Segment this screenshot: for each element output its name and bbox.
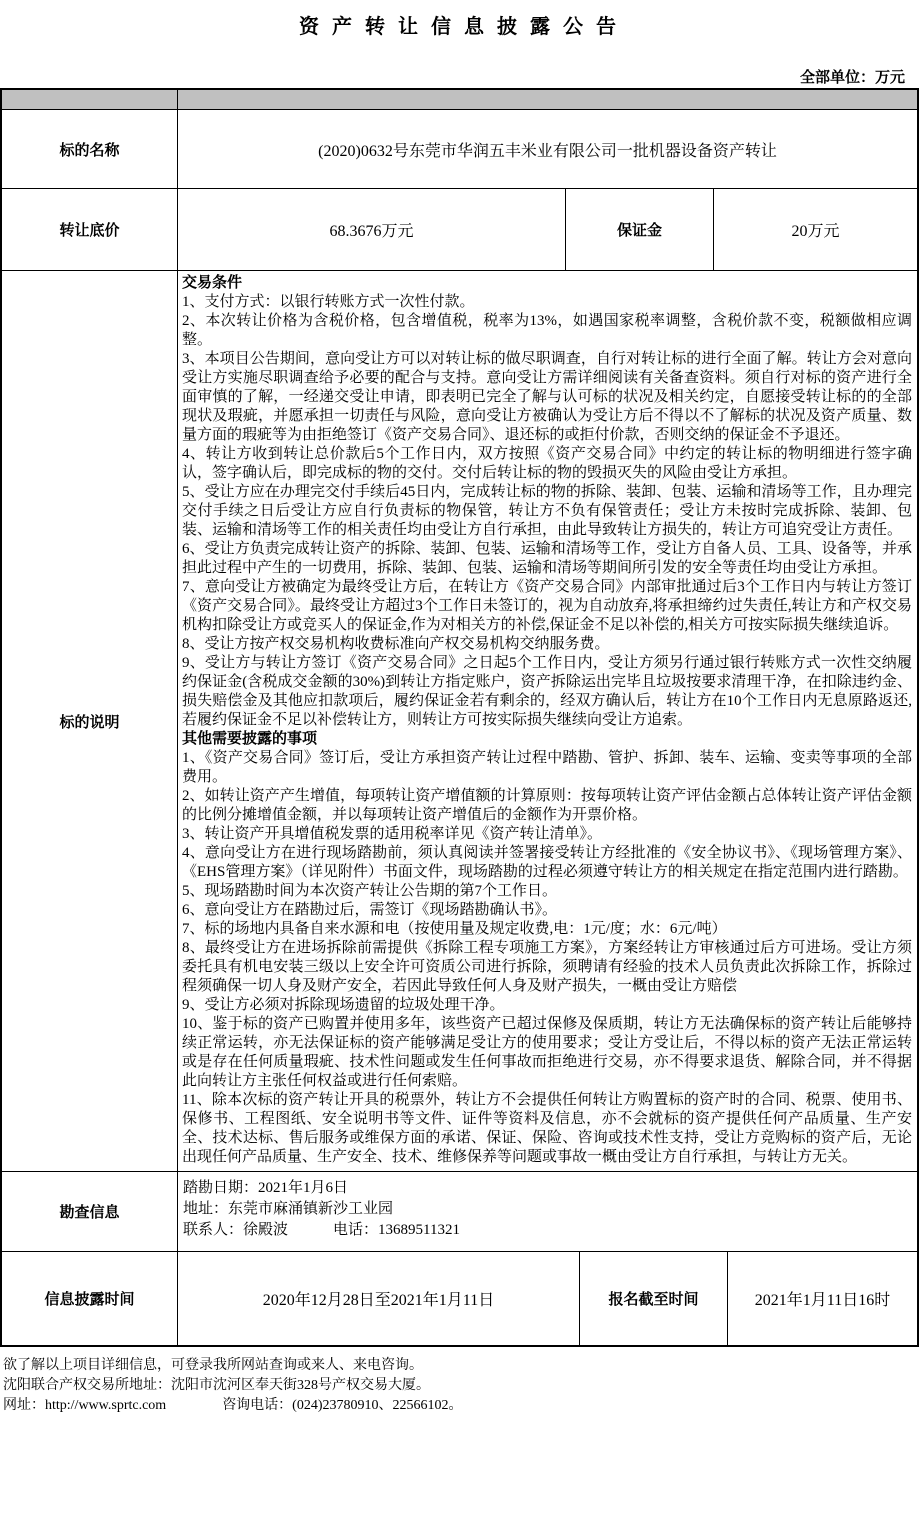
page-footer: 欲了解以上项目详细信息，可登录我所网站查询或来人、来电咨询。 沈阳联合产权交易所…: [0, 1356, 919, 1416]
header-cell-right: [177, 90, 917, 109]
other-item: 9、受让方必须对拆除现场遗留的垃圾处理干净。: [182, 996, 912, 1015]
other-item: 7、标的场地内具备自来水源和电（按使用量及规定收费,电：1元/度；水：6元/吨）: [182, 920, 912, 939]
conditions-heading: 交易条件: [182, 274, 912, 293]
other-item: 4、意向受让方在进行现场踏勘前，须认真阅读并签署接受转让方经批准的《安全协议书》…: [182, 844, 912, 882]
survey-info-label: 勘查信息: [2, 1172, 177, 1251]
disclosure-document: 资 产 转 让 信 息 披 露 公 告 全部单位：万元 标的名称 (2020)0…: [0, 0, 919, 1416]
survey-contact: 联系人：徐殿波 电话：13689511321: [183, 1220, 912, 1241]
unit-note: 全部单位：万元: [0, 66, 905, 87]
other-item: 6、意向受让方在踏勘过后，需签订《现场踏勘确认书》。: [182, 901, 912, 920]
condition-item: 4、转让方收到转让总价款后5个工作日内，双方按照《资产交易合同》中约定的转让标的…: [182, 445, 912, 483]
disclosure-table: 标的名称 (2020)0632号东莞市华润五丰米业有限公司一批机器设备资产转让 …: [0, 88, 919, 1347]
survey-address: 地址：东莞市麻涌镇新沙工业园: [183, 1199, 912, 1220]
other-item: 5、现场踏勘时间为本次资产转让公告期的第7个工作日。: [182, 882, 912, 901]
other-item: 10、鉴于标的资产已购置并使用多年，该些资产已超过保修及保质期，转让方无法确保标…: [182, 1015, 912, 1091]
row-description: 标的说明 交易条件 1、支付方式：以银行转账方式一次性付款。 2、本次转让价格为…: [2, 270, 917, 1171]
page-title: 资 产 转 让 信 息 披 露 公 告: [0, 0, 919, 39]
footer-line-contact: 网址：http://www.sprtc.com咨询电话：(024)2378091…: [3, 1396, 919, 1416]
deposit-label: 保证金: [565, 189, 713, 270]
description-content: 交易条件 1、支付方式：以银行转账方式一次性付款。 2、本次转让价格为含税价格，…: [177, 271, 917, 1171]
other-item: 3、转让资产开具增值税发票的适用税率详见《资产转让清单》。: [182, 825, 912, 844]
disclosure-period-value: 2020年12月28日至2021年1月11日: [177, 1252, 579, 1345]
table-header-row: [2, 90, 917, 109]
condition-item: 1、支付方式：以银行转账方式一次性付款。: [182, 293, 912, 312]
footer-website: 网址：http://www.sprtc.com: [3, 1398, 166, 1413]
other-item: 2、如转让资产产生增值，每项转让资产增值额的计算原则：按每项转让资产评估金额占总…: [182, 787, 912, 825]
description-label: 标的说明: [2, 271, 177, 1171]
condition-item: 7、意向受让方被确定为最终受让方后，在转让方《资产交易合同》内部审批通过后3个工…: [182, 578, 912, 635]
base-price-label: 转让底价: [2, 189, 177, 270]
other-item: 1、《资产交易合同》签订后，受让方承担资产转让过程中踏勘、管护、拆卸、装车、运输…: [182, 749, 912, 787]
subject-name-label: 标的名称: [2, 110, 177, 188]
row-subject-name: 标的名称 (2020)0632号东莞市华润五丰米业有限公司一批机器设备资产转让: [2, 109, 917, 188]
registration-deadline-value: 2021年1月11日16时: [727, 1252, 917, 1345]
row-disclosure-time: 信息披露时间 2020年12月28日至2021年1月11日 报名截至时间 202…: [2, 1251, 917, 1345]
footer-phone: 咨询电话：(024)23780910、22566102。: [222, 1398, 462, 1413]
registration-deadline-label: 报名截至时间: [579, 1252, 727, 1345]
header-cell-left: [2, 90, 177, 109]
condition-item: 9、受让方与转让方签订《资产交易合同》之日起5个工作日内，受让方须另行通过银行转…: [182, 654, 912, 730]
other-item: 11、除本次标的资产转让开具的税票外，转让方不会提供任何转让方购置标的资产时的合…: [182, 1091, 912, 1167]
row-survey-info: 勘查信息 踏勘日期：2021年1月6日 地址：东莞市麻涌镇新沙工业园 联系人：徐…: [2, 1171, 917, 1251]
other-items-heading: 其他需要披露的事项: [182, 730, 912, 749]
deposit-value: 20万元: [713, 189, 917, 270]
condition-item: 3、本项目公告期间，意向受让方可以对转让标的做尽职调查，自行对转让标的进行全面了…: [182, 350, 912, 445]
disclosure-time-label: 信息披露时间: [2, 1252, 177, 1345]
footer-line-address: 沈阳联合产权交易所地址：沈阳市沈河区奉天街328号产权交易大厦。: [3, 1376, 919, 1396]
subject-name-value: (2020)0632号东莞市华润五丰米业有限公司一批机器设备资产转让: [177, 110, 917, 188]
survey-date: 踏勘日期：2021年1月6日: [183, 1178, 912, 1199]
footer-line-info: 欲了解以上项目详细信息，可登录我所网站查询或来人、来电咨询。: [3, 1356, 919, 1376]
condition-item: 5、受让方应在办理完交付手续后45日内，完成转让标的物的拆除、装卸、包装、运输和…: [182, 483, 912, 540]
row-base-price: 转让底价 68.3676万元 保证金 20万元: [2, 188, 917, 270]
condition-item: 2、本次转让价格为含税价格，包含增值税，税率为13%，如遇国家税率调整，含税价款…: [182, 312, 912, 350]
survey-info-content: 踏勘日期：2021年1月6日 地址：东莞市麻涌镇新沙工业园 联系人：徐殿波 电话…: [177, 1172, 917, 1251]
condition-item: 8、受让方按产权交易机构收费标准向产权交易机构交纳服务费。: [182, 635, 912, 654]
other-item: 8、最终受让方在进场拆除前需提供《拆除工程专项施工方案》，方案经转让方审核通过后…: [182, 939, 912, 996]
condition-item: 6、受让方负责完成转让资产的拆除、装卸、包装、运输和清场等工作，受让方自备人员、…: [182, 540, 912, 578]
base-price-value: 68.3676万元: [177, 189, 565, 270]
